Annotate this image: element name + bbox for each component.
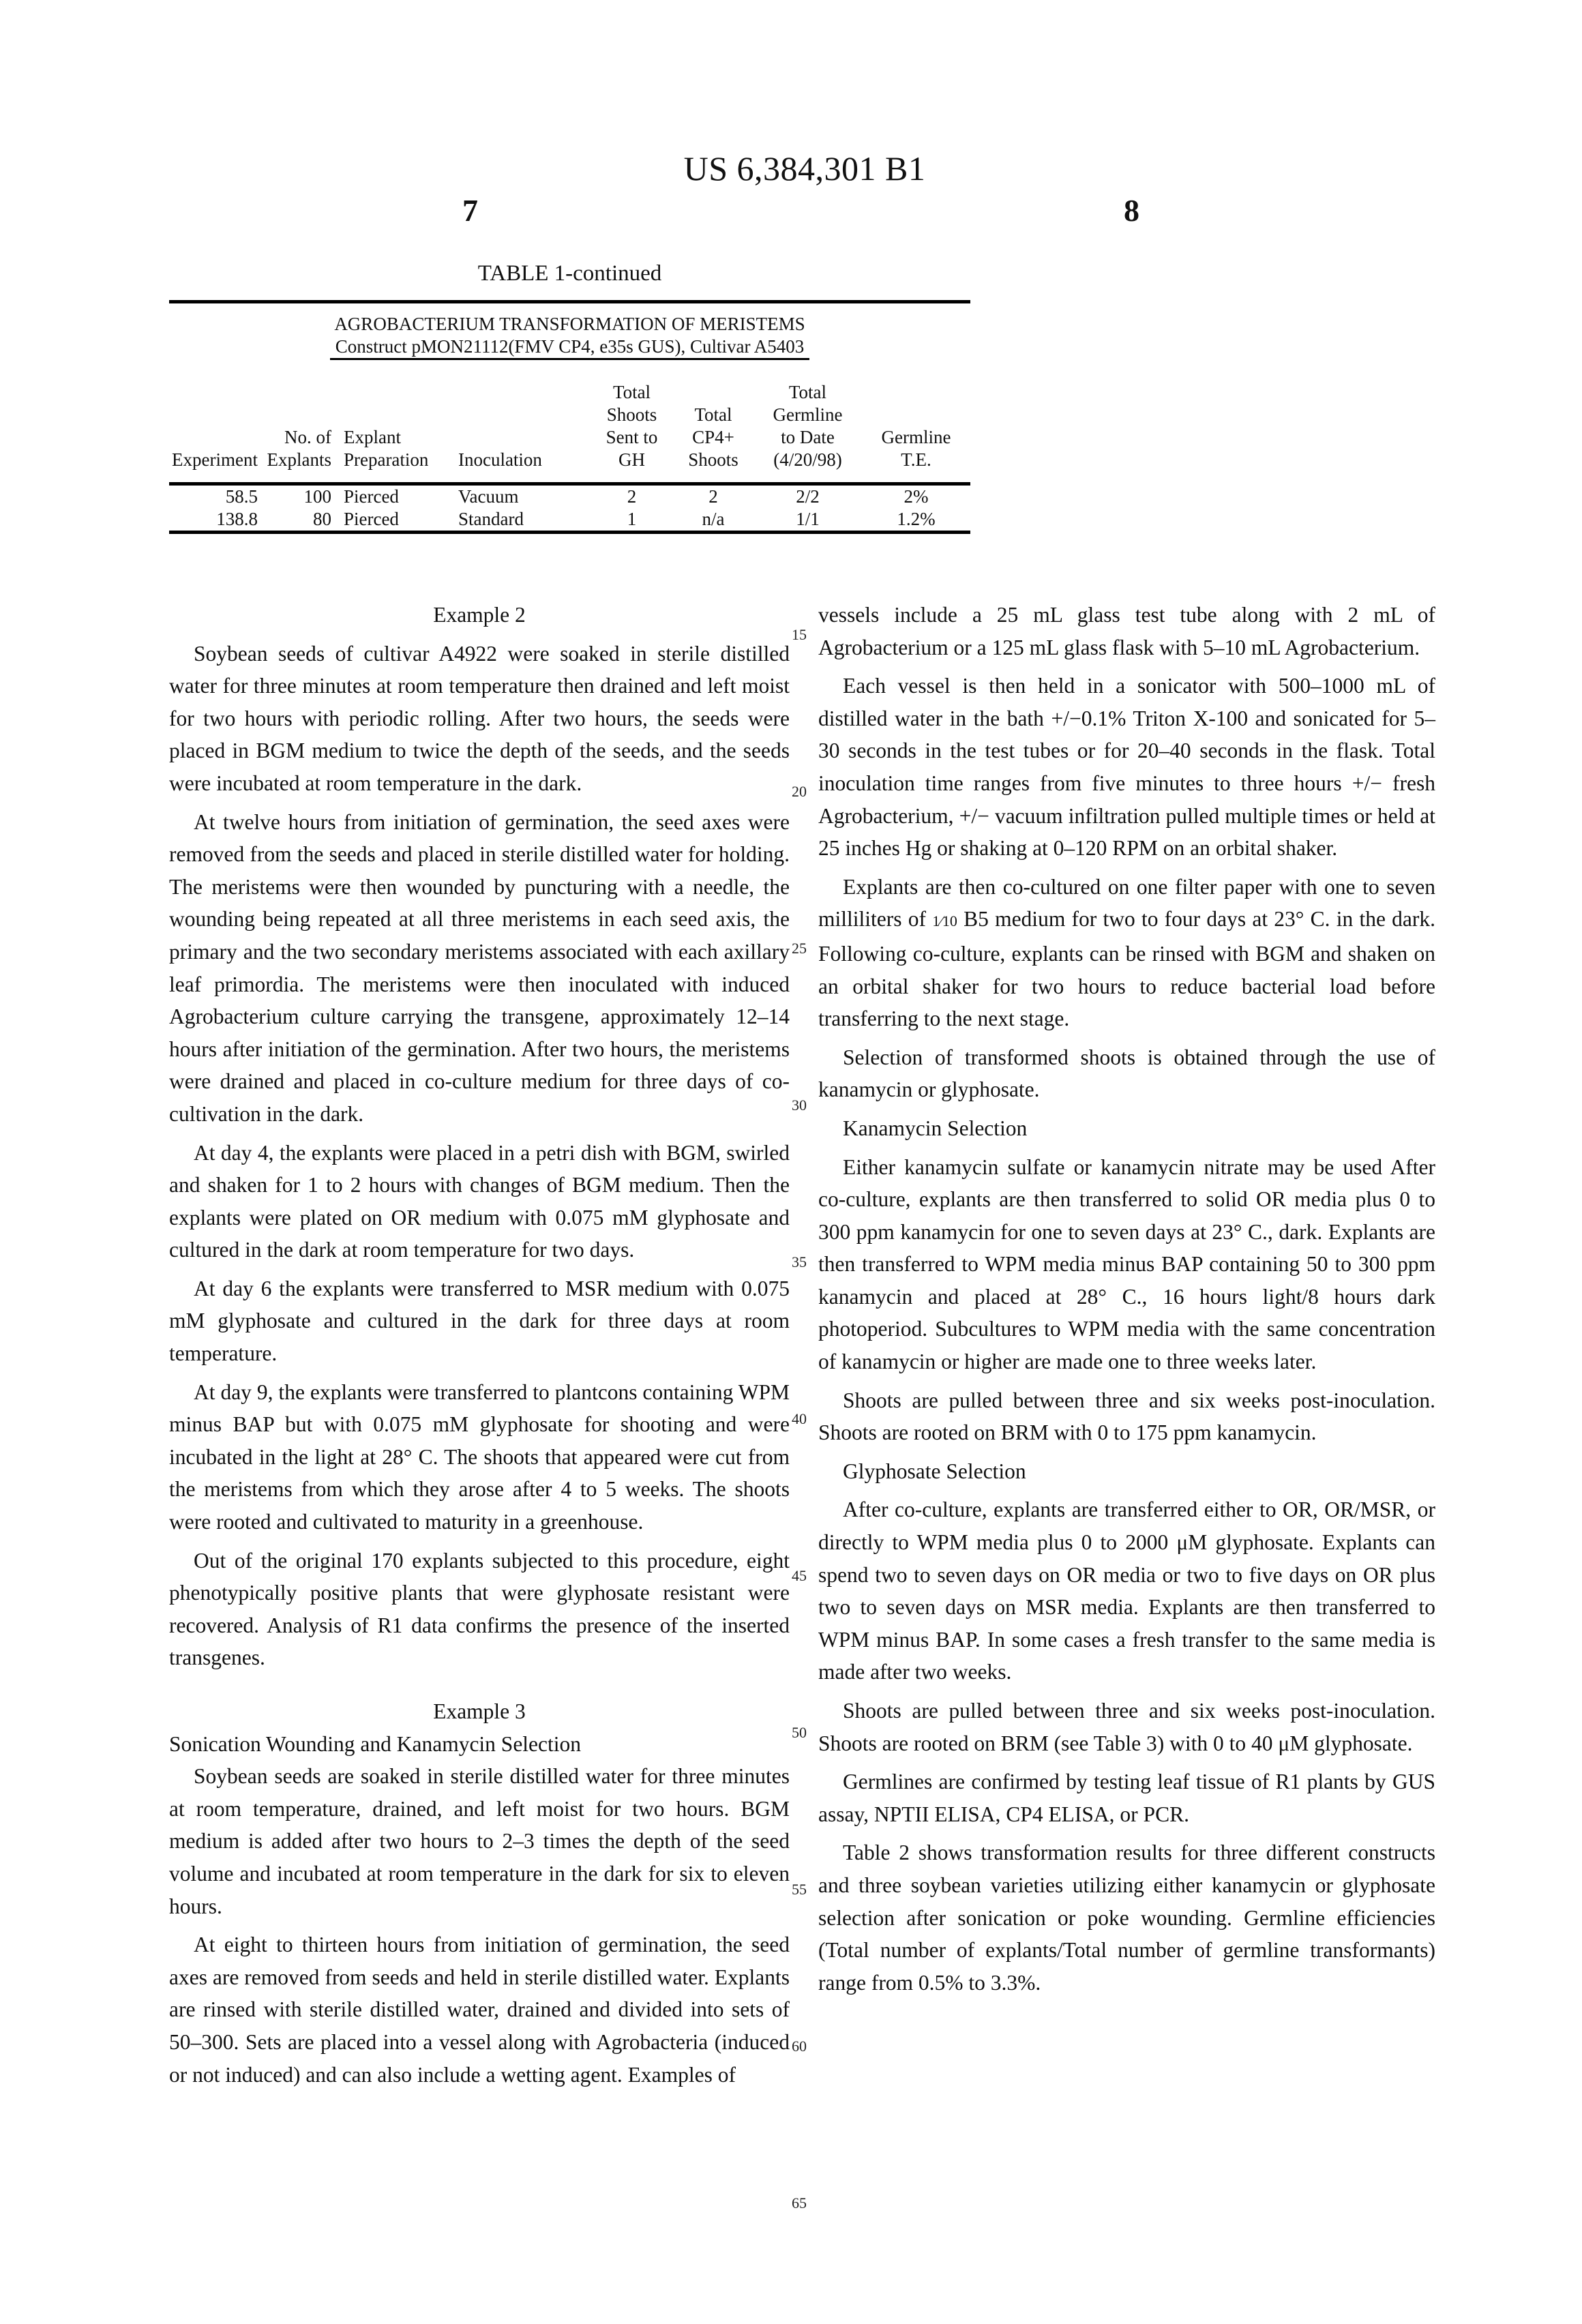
data-table: ExperimentNo. ofExplantsExplantPreparati… — [169, 381, 970, 531]
table-title: TABLE 1-continued — [169, 261, 970, 286]
paragraph: At day 9, the explants were transferred … — [169, 1376, 790, 1538]
paragraph: At eight to thirteen hours from initiati… — [169, 1928, 790, 2091]
paragraph: After co-culture, explants are transferr… — [818, 1493, 1435, 1688]
table-row: 138.880PiercedStandard1n/a1/11.2% — [169, 508, 970, 531]
column-header: No. ofExplants — [260, 381, 334, 482]
example-3-subheading: Sonication Wounding and Kanamycin Select… — [169, 1728, 790, 1761]
fraction-one-tenth: 1⁄10 — [932, 912, 957, 929]
table-cell: 80 — [260, 508, 334, 531]
table-heading: AGROBACTERIUM TRANSFORMATION OF MERISTEM… — [169, 313, 970, 336]
line-number: 45 — [786, 1567, 813, 1585]
column-header-line: T.E. — [901, 449, 931, 470]
table-cell: Standard — [456, 508, 591, 531]
table-cell: 2/2 — [753, 486, 862, 508]
table-cell: Vacuum — [456, 486, 591, 508]
paragraph: At day 6 the explants were transferred t… — [169, 1272, 790, 1370]
line-number: 50 — [786, 1724, 813, 1742]
glyphosate-selection-heading: Glyphosate Selection — [818, 1455, 1435, 1488]
column-header-line: Preparation — [344, 449, 428, 470]
column-header: TotalCP4+Shoots — [673, 381, 753, 482]
paragraph: Germlines are confirmed by testing leaf … — [818, 1766, 1435, 1830]
column-header-line: Total — [613, 382, 651, 402]
table-cell: Pierced — [334, 486, 456, 508]
column-header-line: to Date — [781, 427, 835, 447]
column-header-line: Shoots — [607, 404, 657, 425]
column-header-line: Germline — [881, 427, 951, 447]
column-header-line: GH — [618, 449, 645, 470]
paragraph: Shoots are pulled between three and six … — [818, 1384, 1435, 1449]
table-1-continued: AGROBACTERIUM TRANSFORMATION OF MERISTEM… — [169, 300, 970, 534]
example-3-heading: Example 3 — [169, 1695, 790, 1728]
column-header-line: Germline — [773, 404, 842, 425]
paragraph: Soybean seeds of cultivar A4922 were soa… — [169, 638, 790, 800]
example-2-heading: Example 2 — [169, 599, 790, 631]
table-top-rule — [169, 300, 970, 303]
column-header-line: Total — [789, 382, 826, 402]
table-cell: 1/1 — [753, 508, 862, 531]
line-number: 20 — [786, 783, 813, 801]
column-header-line: (4/20/98) — [773, 449, 842, 470]
paragraph: vessels include a 25 mL glass test tube … — [818, 599, 1435, 664]
paragraph: Table 2 shows transformation results for… — [818, 1836, 1435, 1999]
paragraph: Each vessel is then held in a sonicator … — [818, 670, 1435, 865]
paragraph: Out of the original 170 explants subject… — [169, 1545, 790, 1674]
table-cell: 2% — [862, 486, 970, 508]
table-subheading-wrap: Construct pMON21112(FMV CP4, e35s GUS), … — [169, 336, 970, 358]
table-header-row: ExperimentNo. ofExplantsExplantPreparati… — [169, 381, 970, 482]
table-subheading: Construct pMON21112(FMV CP4, e35s GUS), … — [330, 336, 810, 360]
table-cell: 58.5 — [169, 486, 260, 508]
line-number: 15 — [786, 626, 813, 644]
column-header-line: Sent to — [606, 427, 658, 447]
table-cell: n/a — [673, 508, 753, 531]
column-header: GermlineT.E. — [862, 381, 970, 482]
column-header-line: No. of — [284, 427, 331, 447]
table-cell: Pierced — [334, 508, 456, 531]
patent-number: US 6,384,301 B1 — [0, 149, 1582, 188]
line-number: 65 — [786, 2194, 813, 2212]
table-cell: 100 — [260, 486, 334, 508]
table-cell: 2 — [591, 486, 673, 508]
page-number-right: 8 — [1124, 192, 1139, 228]
column-header: ExplantPreparation — [334, 381, 456, 482]
line-number: 35 — [786, 1253, 813, 1271]
column-header: TotalShootsSent toGH — [591, 381, 673, 482]
line-number: 30 — [786, 1097, 813, 1114]
left-column: Example 2 Soybean seeds of cultivar A492… — [169, 599, 790, 2097]
column-header-line: Shoots — [688, 449, 738, 470]
column-header: TotalGermlineto Date(4/20/98) — [753, 381, 862, 482]
table-cell: 1 — [591, 508, 673, 531]
line-number: 40 — [786, 1410, 813, 1428]
paragraph: Explants are then co-cultured on one fil… — [818, 871, 1435, 1035]
line-number: 25 — [786, 940, 813, 957]
paragraph: Shoots are pulled between three and six … — [818, 1695, 1435, 1759]
table-cell: 138.8 — [169, 508, 260, 531]
column-header-line: Inoculation — [458, 449, 542, 470]
column-header: Experiment — [169, 381, 260, 482]
column-header-line: CP4+ — [692, 427, 734, 447]
table-row: 58.5100PiercedVacuum222/22% — [169, 486, 970, 508]
column-header-line: Experiment — [172, 449, 258, 470]
line-number: 60 — [786, 2038, 813, 2055]
kanamycin-selection-heading: Kanamycin Selection — [818, 1112, 1435, 1145]
paragraph: Either kanamycin sulfate or kanamycin ni… — [818, 1151, 1435, 1378]
table-cell: 2 — [673, 486, 753, 508]
paragraph: Selection of transformed shoots is obtai… — [818, 1041, 1435, 1106]
paragraph: At twelve hours from initiation of germi… — [169, 806, 790, 1131]
column-header-line: Total — [694, 404, 732, 425]
table-cell: 1.2% — [862, 508, 970, 531]
right-column: vessels include a 25 mL glass test tube … — [818, 599, 1435, 2005]
paragraph: At day 4, the explants were placed in a … — [169, 1137, 790, 1266]
column-header: Inoculation — [456, 381, 591, 482]
paragraph: Soybean seeds are soaked in sterile dist… — [169, 1760, 790, 1922]
line-number: 55 — [786, 1881, 813, 1898]
column-header-line: Explant — [344, 427, 401, 447]
table-bottom-rule — [169, 531, 970, 534]
page-number-left: 7 — [462, 192, 478, 228]
column-header-line: Explants — [267, 449, 331, 470]
